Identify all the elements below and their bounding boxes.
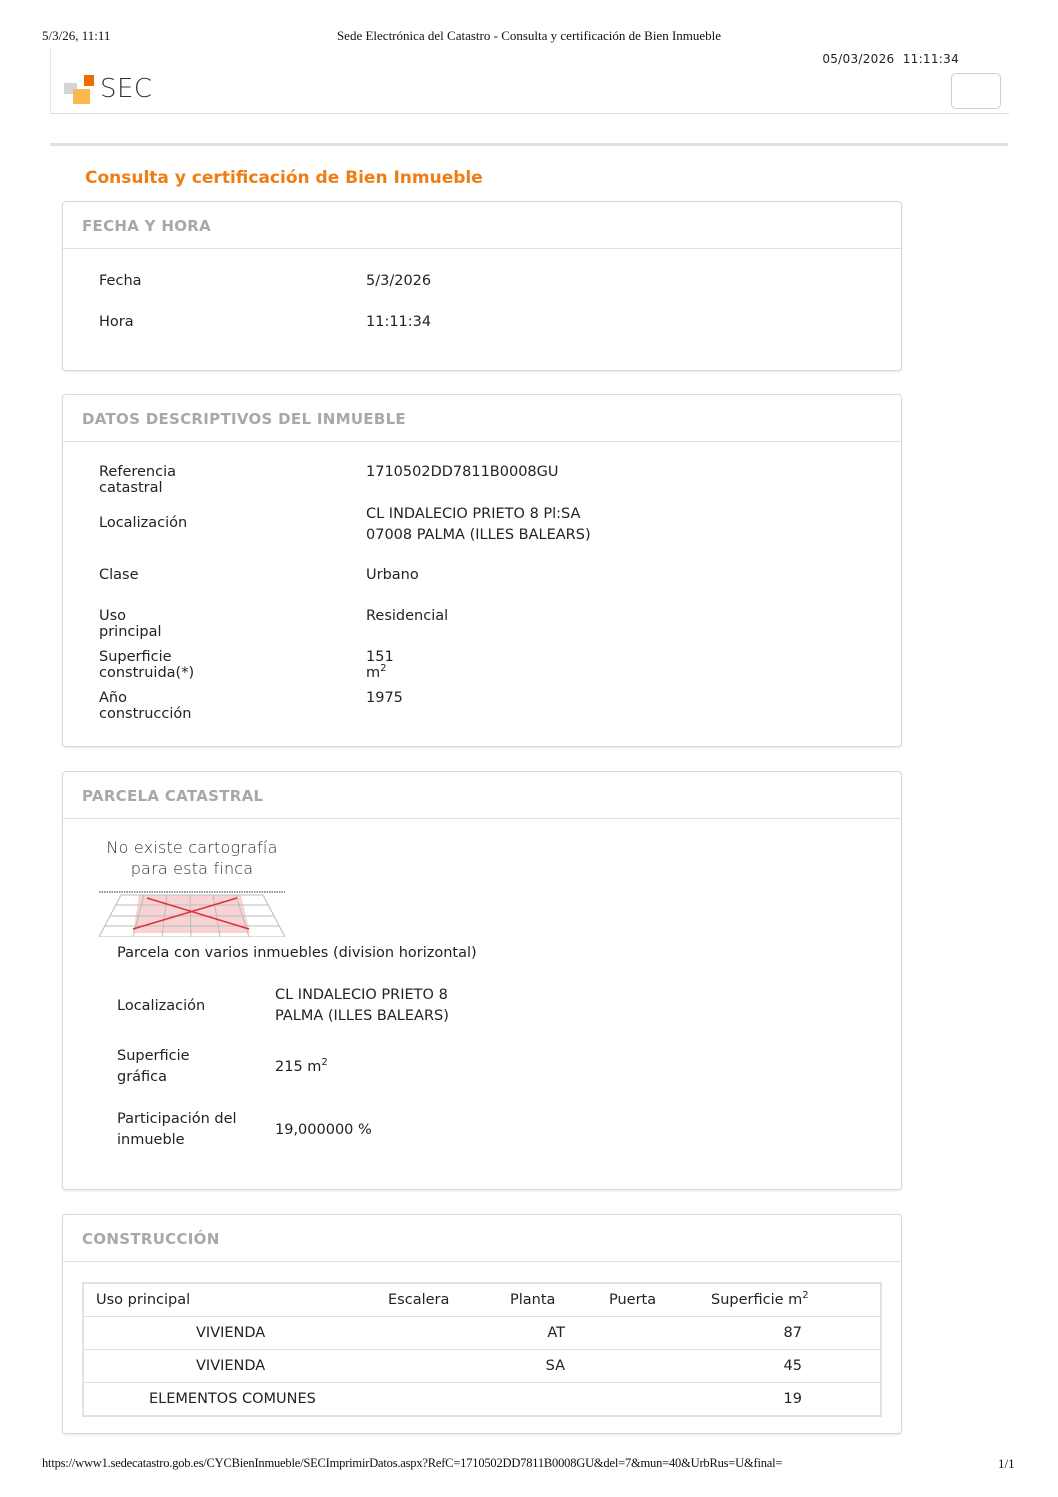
unit-superscript: 2 [802, 1290, 808, 1301]
cell-escalera [388, 1383, 510, 1417]
unit-superscript: 2 [321, 1057, 327, 1068]
page-title: Consulta y certificación de Bien Inmuebl… [85, 168, 483, 188]
table-row: ELEMENTOS COMUNES 19 [83, 1383, 881, 1417]
logo-square-icon [73, 89, 90, 104]
panel-heading: CONSTRUCCIÓN [63, 1215, 901, 1262]
cell-puerta [609, 1383, 711, 1417]
table-row: VIVIENDA SA 45 [83, 1350, 881, 1383]
label-line: Participación del [117, 1111, 237, 1127]
cell-planta: AT [510, 1317, 609, 1350]
print-url: https://www1.sedecatastro.gob.es/CYCBien… [42, 1456, 782, 1471]
no-cartography-line: No existe cartografía [106, 838, 277, 857]
address-line: 07008 PALMA (ILLES BALEARS) [366, 527, 591, 543]
cell-planta [510, 1383, 609, 1417]
logo-square-icon [84, 75, 94, 86]
cell-uso: ELEMENTOS COMUNES [83, 1383, 388, 1417]
header-datetime: 05/03/2026 11:11:34 [822, 52, 959, 66]
superficie-value: 215 m [275, 1059, 321, 1075]
field-value: 5/3/2026 [366, 273, 431, 289]
cell-superficie: 87 [711, 1317, 881, 1350]
field-label: Localización [117, 996, 205, 1017]
parcela-subtitle: Parcela con varios inmuebles (division h… [117, 945, 477, 961]
field-value: 1710502DD7811B0008GU [366, 464, 559, 480]
no-cartography-text: No existe cartografía para esta finca [99, 837, 285, 879]
field-label: Fecha [99, 273, 142, 289]
cell-escalera [388, 1317, 510, 1350]
cell-puerta [609, 1350, 711, 1383]
panel-heading: DATOS DESCRIPTIVOS DEL INMUEBLE [63, 395, 901, 442]
construccion-table: Uso principal Escalera Planta Puerta Sup… [82, 1282, 882, 1417]
col-superficie-label: Superficie m [711, 1292, 802, 1308]
panel-parcela-catastral: PARCELA CATASTRAL No existe cartografía … [62, 771, 902, 1190]
field-label: Referencia catastral [99, 464, 176, 496]
field-label: Hora [99, 314, 134, 330]
logo-text: SEC [100, 74, 153, 104]
cell-uso: VIVIENDA [83, 1350, 388, 1383]
header-menu-button[interactable] [951, 73, 1001, 109]
cell-uso: VIVIENDA [83, 1317, 388, 1350]
label-line: inmueble [117, 1132, 185, 1148]
site-header: 05/03/2026 11:11:34 SEC [50, 48, 1009, 114]
field-label: Año construcción [99, 690, 191, 722]
field-value: 11:11:34 [366, 314, 431, 330]
field-label: Localización [99, 515, 187, 531]
cell-escalera [388, 1350, 510, 1383]
row-localizacion: Localización CL INDALECIO PRIETO 8 Pl:SA… [63, 504, 863, 546]
row-participacion: Participación del inmueble 19,000000 % [63, 1109, 863, 1151]
field-label: Participación del inmueble [117, 1109, 237, 1151]
cell-puerta [609, 1317, 711, 1350]
field-label: Superficie construida(*) [99, 649, 194, 681]
field-label: Uso principal [99, 608, 162, 640]
address-line: CL INDALECIO PRIETO 8 [275, 987, 448, 1003]
field-value: Residencial [366, 608, 448, 624]
crossed-grid-icon [99, 889, 285, 937]
table-header-row: Uso principal Escalera Planta Puerta Sup… [83, 1283, 881, 1317]
field-value: 151 m2 [366, 649, 394, 681]
field-label: Clase [99, 567, 139, 583]
panel-fecha-hora: FECHA Y HORA Fecha 5/3/2026 Hora 11:11:3… [62, 201, 902, 371]
field-value: 215 m2 [275, 1057, 328, 1078]
row-parcela-localizacion: Localización CL INDALECIO PRIETO 8 PALMA… [63, 985, 863, 1027]
field-value: CL INDALECIO PRIETO 8 Pl:SA 07008 PALMA … [366, 504, 591, 546]
col-planta: Planta [510, 1283, 609, 1317]
cell-superficie: 45 [711, 1350, 881, 1383]
address-line: PALMA (ILLES BALEARS) [275, 1008, 449, 1024]
header-divider [50, 143, 1008, 146]
col-puerta: Puerta [609, 1283, 711, 1317]
field-value: 19,000000 % [275, 1120, 372, 1141]
no-cartography-image: No existe cartografía para esta finca [99, 837, 285, 937]
field-value: CL INDALECIO PRIETO 8 PALMA (ILLES BALEA… [275, 985, 449, 1027]
field-value: Urbano [366, 567, 419, 583]
cell-superficie: 19 [711, 1383, 881, 1417]
field-label: Superficie gráfica [117, 1046, 190, 1088]
row-superficie-grafica: Superficie gráfica 215 m2 [63, 1046, 863, 1088]
panel-heading: PARCELA CATASTRAL [63, 772, 901, 819]
panel-construccion: CONSTRUCCIÓN Uso principal Escalera Plan… [62, 1214, 902, 1434]
label-line: Superficie [117, 1048, 190, 1064]
col-superficie: Superficie m2 [711, 1283, 881, 1317]
label-line: gráfica [117, 1069, 167, 1085]
sec-logo[interactable]: SEC [64, 75, 174, 107]
unit-superscript: 2 [380, 663, 386, 674]
col-uso-principal: Uso principal [83, 1283, 388, 1317]
cell-planta: SA [510, 1350, 609, 1383]
field-value: 1975 [366, 690, 403, 706]
print-title: Sede Electrónica del Catastro - Consulta… [0, 28, 1058, 44]
panel-heading: FECHA Y HORA [63, 202, 901, 249]
print-page-number: 1/1 [998, 1456, 1015, 1472]
panel-datos-descriptivos: DATOS DESCRIPTIVOS DEL INMUEBLE Referenc… [62, 394, 902, 747]
table-row: VIVIENDA AT 87 [83, 1317, 881, 1350]
address-line: CL INDALECIO PRIETO 8 Pl:SA [366, 506, 580, 522]
no-cartography-line: para esta finca [131, 859, 254, 878]
col-escalera: Escalera [388, 1283, 510, 1317]
